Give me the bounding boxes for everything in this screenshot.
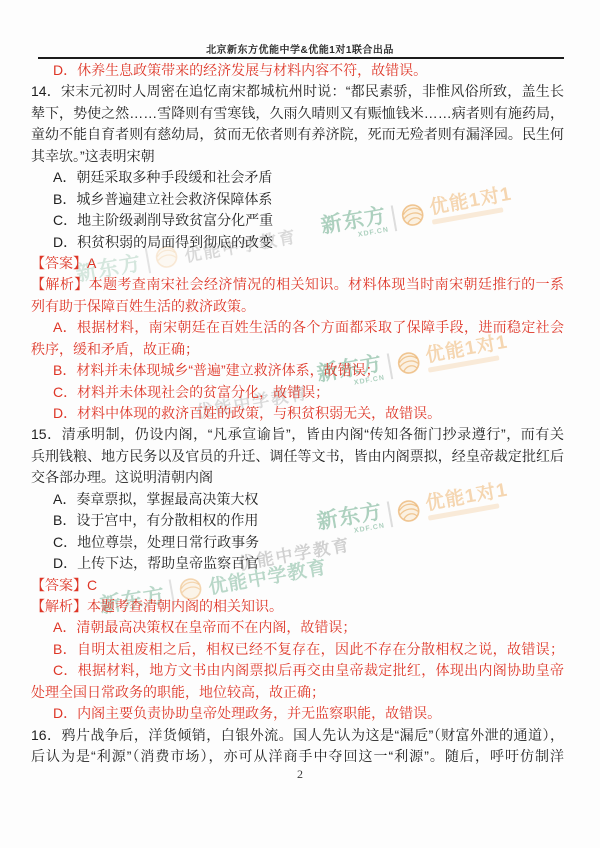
analysis-line: B．材料并未体现城乡“普遍”建立救济体系，故错误； — [31, 360, 564, 381]
page-header: 北京新东方优能中学&优能1对1联合出品 — [0, 41, 600, 56]
analysis-line: D．休养生息政策带来的经济发展与材料内容不符，故错误。 — [31, 60, 564, 81]
analysis-line: A．根据材料，南宋朝廷在百姓生活的各个方面都采取了保障手段，进而稳定社会 — [31, 317, 564, 338]
analysis-line: 秩序，缓和矛盾，故正确； — [31, 339, 564, 360]
question-stem-line: 交各部办理。这说明清朝内阁 — [31, 467, 564, 488]
analysis-line: A．清朝最高决策权在皇帝而不在内阁，故错误； — [31, 617, 564, 638]
question-stem-line: 兵刑钱粮、地方民务以及官员的升迁、调任等文书，皆由内阁票拟，经皇帝裁定批红后 — [31, 446, 564, 467]
question-stem-line: 童幼不能自育者则有慈幼局，贫而无依者则有养济院，死而无殓者则有漏泽园。民生何 — [31, 124, 564, 145]
analysis-line: D．内阁主要负责协助皇帝处理政务，并无监察职能，故错误。 — [31, 703, 564, 724]
option-line: D．积贫积弱的局面得到彻底的改变 — [31, 232, 564, 253]
analysis-line: 【解析】本题考查清朝内阁的相关知识。 — [31, 596, 564, 617]
analysis-line: 处理全国日常政务的职能，地位较高，故正确； — [31, 682, 564, 703]
option-line: D．上传下达，帮助皇帝监察百官 — [31, 553, 564, 574]
option-line: A．奏章票拟，掌握最高决策大权 — [31, 489, 564, 510]
question-stem-line: 后认为是“利源”（消费市场），亦可从洋商手中夺回这一“利源”。随后，呼吁仿制洋 — [31, 746, 564, 767]
option-line: C．地主阶级剥削导致贫富分化严重 — [31, 210, 564, 231]
analysis-line: 【解析】本题考查南宋社会经济情况的相关知识。材料体现当时南宋朝廷推行的一系 — [31, 274, 564, 295]
document-page: 北京新东方优能中学&优能1对1联合出品 新东方 XDF.CN 优能1对1 新东方… — [0, 0, 600, 848]
answer-line: 【答案】C — [31, 575, 564, 596]
analysis-line: D．材料中体现的救济百姓的政策，与积贫积弱无关，故错误。 — [31, 403, 564, 424]
analysis-line: B．自明太祖废相之后，相权已经不复存在，因此不存在分散相权之说，故错误； — [31, 639, 564, 660]
document-body: D．休养生息政策带来的经济发展与材料内容不符，故错误。 14．宋末元初时人周密在… — [31, 60, 564, 767]
option-line: C．地位尊崇，处理日常行政事务 — [31, 532, 564, 553]
question-stem-line: 16．鸦片战争后，洋货倾销，白银外流。国人先认为这是“漏卮”（财富外泄的通道）， — [31, 725, 564, 746]
analysis-line: 列有助于保障百姓生活的救济政策。 — [31, 296, 564, 317]
option-line: B．城乡普遍建立社会救济保障体系 — [31, 189, 564, 210]
header-divider — [38, 57, 564, 59]
question-stem-line: 辇下，势使之然……雪降则有雪寒钱，久雨久晴则又有赈恤钱米……病者则有施药局， — [31, 103, 564, 124]
analysis-line: C．根据材料，地方文书由内阁票拟后再交由皇帝裁定批红，体现出内阁协助皇帝 — [31, 660, 564, 681]
question-stem-line: 其幸欤。”这表明宋朝 — [31, 146, 564, 167]
analysis-line: C．材料并未体现社会的贫富分化，故错误； — [31, 382, 564, 403]
answer-line: 【答案】A — [31, 253, 564, 274]
option-line: B．设于宫中，有分散相权的作用 — [31, 510, 564, 531]
page-number: 2 — [0, 767, 600, 782]
option-line: A．朝廷采取多种手段缓和社会矛盾 — [31, 167, 564, 188]
question-stem-line: 15．清承明制，仍设内阁，“凡承宣谕旨”，皆由内阁“传知各衙门抄录遵行”，而有关 — [31, 424, 564, 445]
question-stem-line: 14．宋末元初时人周密在追忆南宋都城杭州时说：“都民素骄，非惟风俗所致，盖生长 — [31, 81, 564, 102]
